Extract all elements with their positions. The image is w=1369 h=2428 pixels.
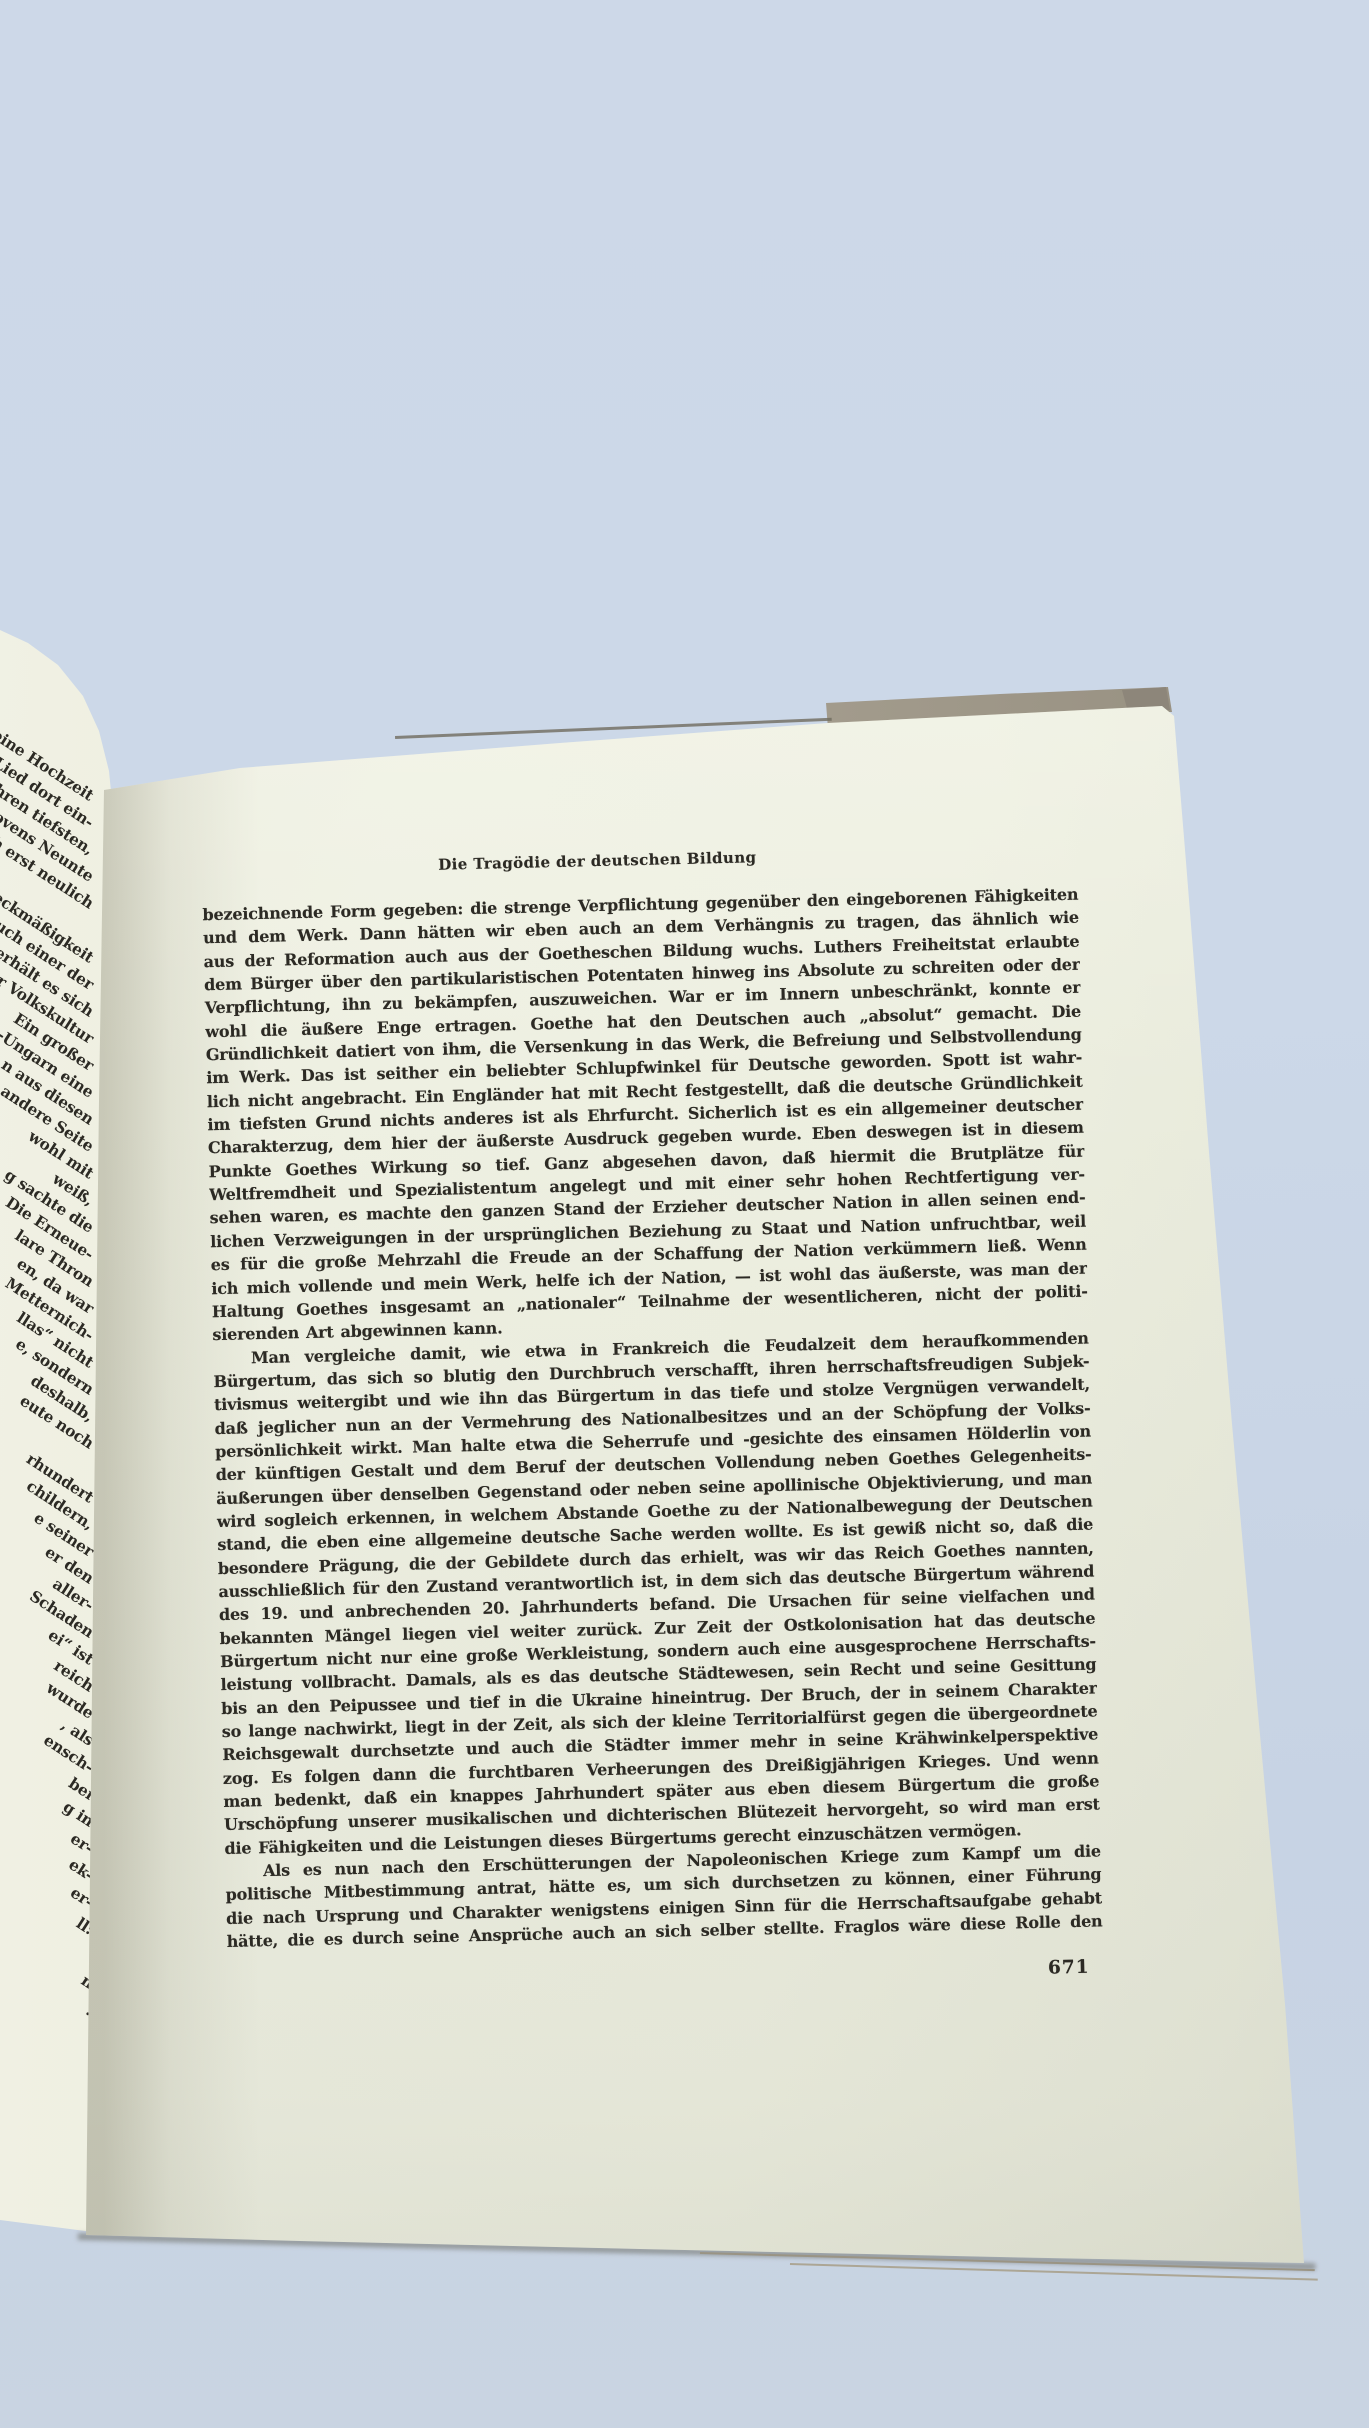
book-page: Die Tragödie der deutschen Bildung bezei… — [0, 0, 1369, 2428]
photo-background: elt eine Hochzeite Lied dort ein-it ihre… — [0, 0, 1369, 2428]
body-text: bezeichnende Form gegeben: die strenge V… — [202, 883, 1103, 1954]
printed-text-block: Die Tragödie der deutschen Bildung bezei… — [201, 835, 1104, 1999]
